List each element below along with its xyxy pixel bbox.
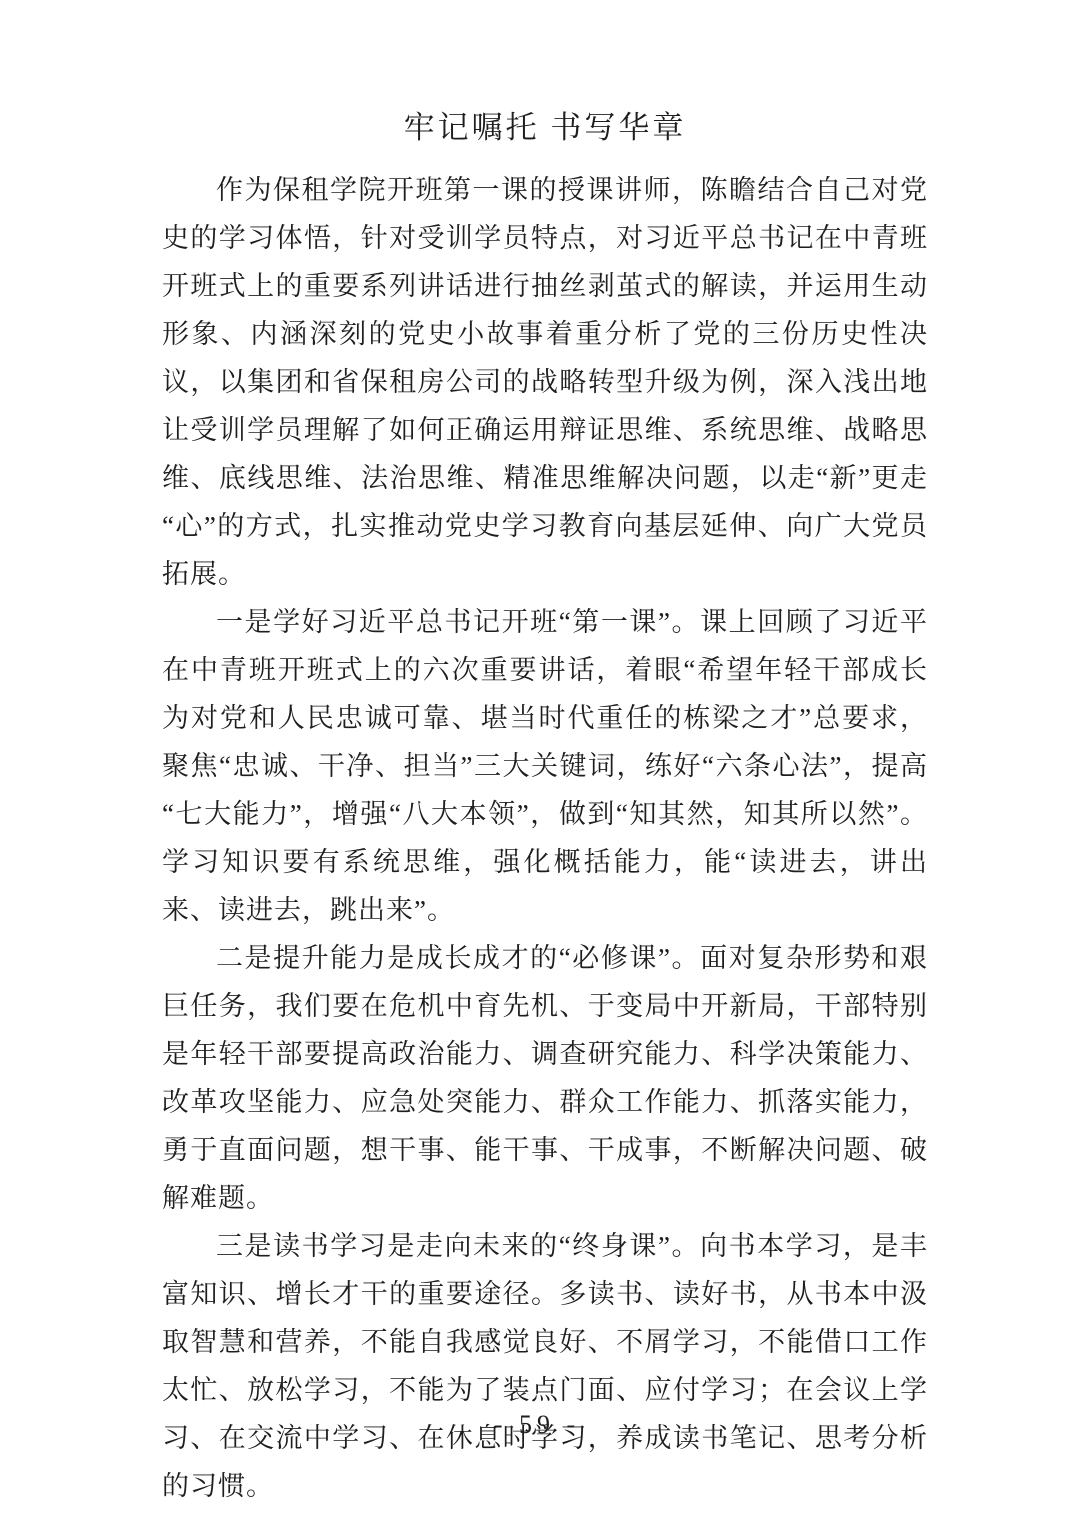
paragraph-point-one: 一是学好习近平总书记开班“第一课”。课上回顾了习近平在中青班开班式上的六次重要讲… xyxy=(162,598,928,934)
document-page: 牢记嘱托 书写华章 作为保租学院开班第一课的授课讲师，陈瞻结合自己对党史的学习体… xyxy=(0,0,1074,1520)
document-title: 牢记嘱托 书写华章 xyxy=(0,0,1074,150)
paragraph-point-three: 三是读书学习是走向未来的“终身课”。向书本学习，是丰富知识、增长才干的重要途径。… xyxy=(162,1222,928,1510)
paragraph-point-two: 二是提升能力是成长成才的“必修课”。面对复杂形势和艰巨任务，我们要在危机中育先机… xyxy=(162,934,928,1222)
page-number: - 59 - xyxy=(0,1410,1074,1440)
document-body: 作为保租学院开班第一课的授课讲师，陈瞻结合自己对党史的学习体悟，针对受训学员特点… xyxy=(0,150,1074,1510)
paragraph-intro: 作为保租学院开班第一课的授课讲师，陈瞻结合自己对党史的学习体悟，针对受训学员特点… xyxy=(162,166,928,598)
